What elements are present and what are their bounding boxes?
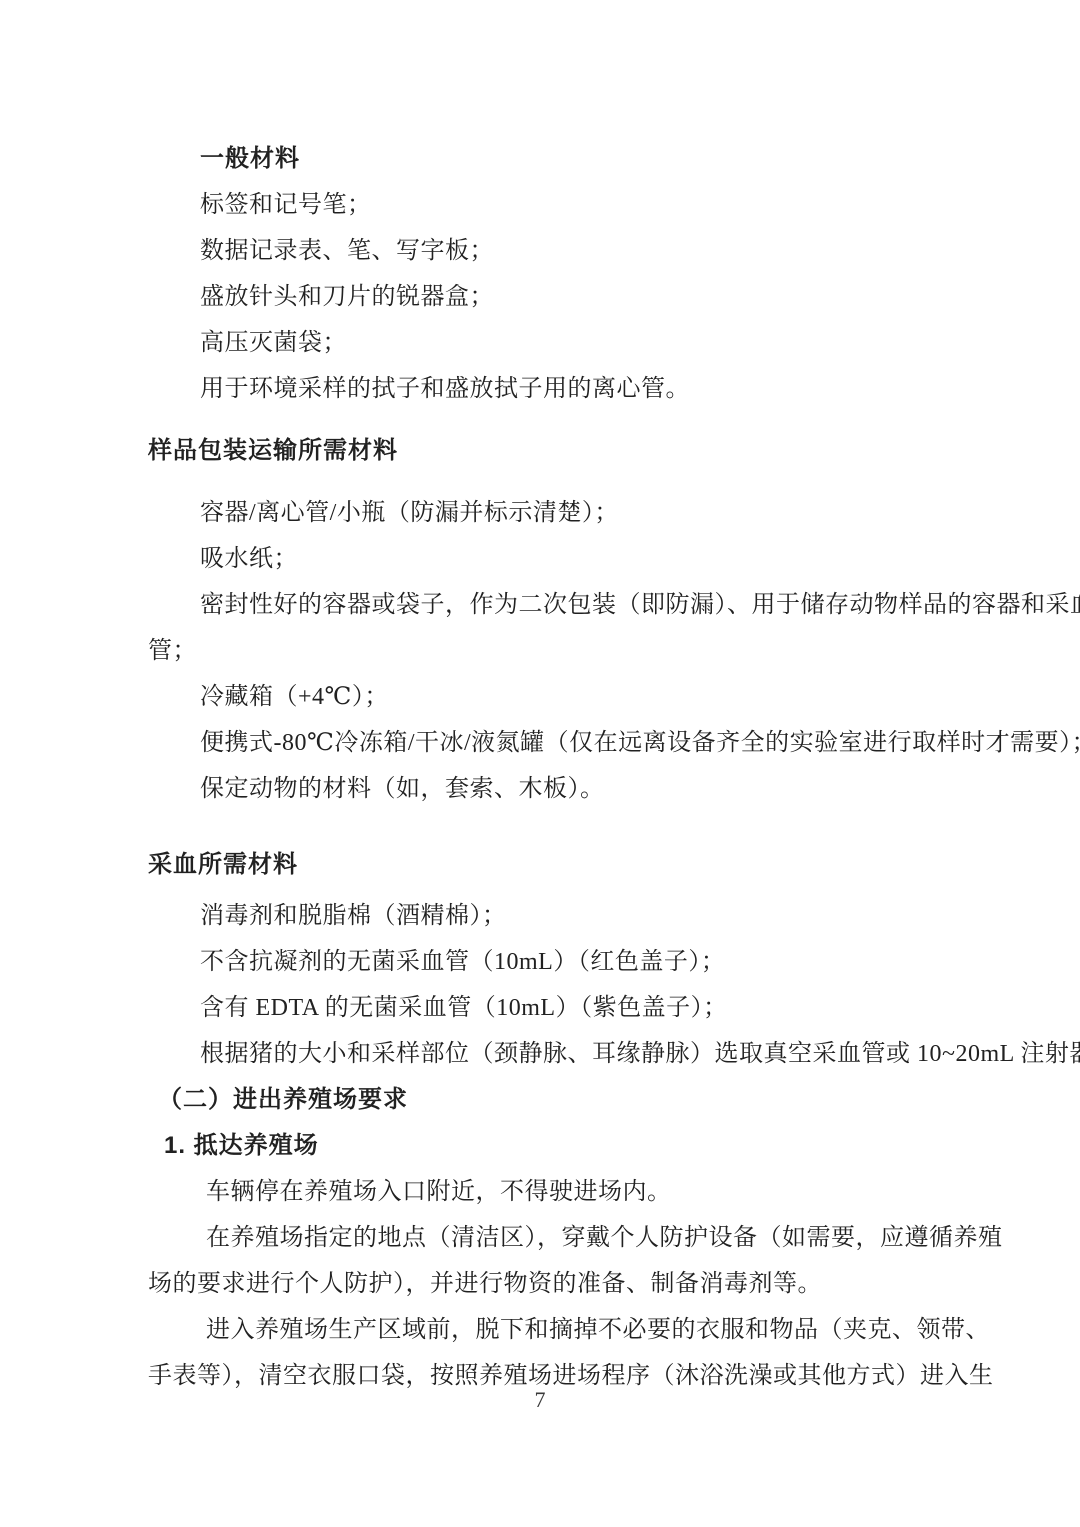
- paragraph-line-wrap: 场的要求进行个人防护），并进行物资的准备、制备消毒剂等。: [148, 1261, 1020, 1307]
- general-material-item: 盛放针头和刀片的锐器盒；: [148, 274, 1020, 320]
- blood-material-item: 根据猪的大小和采样部位（颈静脉、耳缘静脉）选取真空采血管或 10~20mL 注射…: [148, 1031, 1020, 1077]
- page-body: 一般材料 标签和记号笔； 数据记录表、笔、写字板； 盛放针头和刀片的锐器盒； 高…: [0, 0, 1080, 1399]
- packaging-material-item: 密封性好的容器或袋子，作为二次包装（即防漏）、用于储存动物样品的容器和采血: [148, 582, 1020, 628]
- section-heading-packaging-transport: 样品包装运输所需材料: [148, 428, 1020, 474]
- paragraph-line: 在养殖场指定的地点（清洁区），穿戴个人防护设备（如需要，应遵循养殖: [148, 1215, 1020, 1261]
- subsection-heading-arrive-at-farm: 1. 抵达养殖场: [148, 1123, 1020, 1169]
- document-page: { "page": { "number": "7", "background":…: [0, 0, 1080, 1527]
- blood-material-item: 不含抗凝剂的无菌采血管（10mL）（红色盖子）；: [148, 939, 1020, 985]
- packaging-material-item: 吸水纸；: [148, 536, 1020, 582]
- packaging-material-item-wrap: 管；: [148, 628, 1020, 674]
- general-material-item: 数据记录表、笔、写字板；: [148, 228, 1020, 274]
- page-number: 7: [0, 1384, 1080, 1416]
- paragraph-line: 进入养殖场生产区域前，脱下和摘掉不必要的衣服和物品（夹克、领带、: [148, 1307, 1020, 1353]
- blood-material-item: 消毒剂和脱脂棉（酒精棉）；: [148, 893, 1020, 939]
- packaging-material-item: 冷藏箱（+4℃）；: [148, 674, 1020, 720]
- general-material-item: 用于环境采样的拭子和盛放拭子用的离心管。: [148, 366, 1020, 412]
- section-heading-general-materials: 一般材料: [148, 136, 1020, 182]
- packaging-material-item: 保定动物的材料（如，套索、木板）。: [148, 766, 1020, 812]
- packaging-material-item: 容器/离心管/小瓶（防漏并标示清楚）；: [148, 490, 1020, 536]
- general-material-item: 高压灭菌袋；: [148, 320, 1020, 366]
- chapter-heading-entry-exit-requirements: （二）进出养殖场要求: [148, 1077, 1020, 1123]
- general-material-item: 标签和记号笔；: [148, 182, 1020, 228]
- packaging-material-item: 便携式-80℃冷冻箱/干冰/液氮罐（仅在远离设备齐全的实验室进行取样时才需要）；: [148, 720, 1020, 766]
- blood-material-item: 含有 EDTA 的无菌采血管（10mL）（紫色盖子）；: [148, 985, 1020, 1031]
- section-heading-blood-collection: 采血所需材料: [148, 842, 1020, 888]
- paragraph-line: 车辆停在养殖场入口附近，不得驶进场内。: [148, 1169, 1020, 1215]
